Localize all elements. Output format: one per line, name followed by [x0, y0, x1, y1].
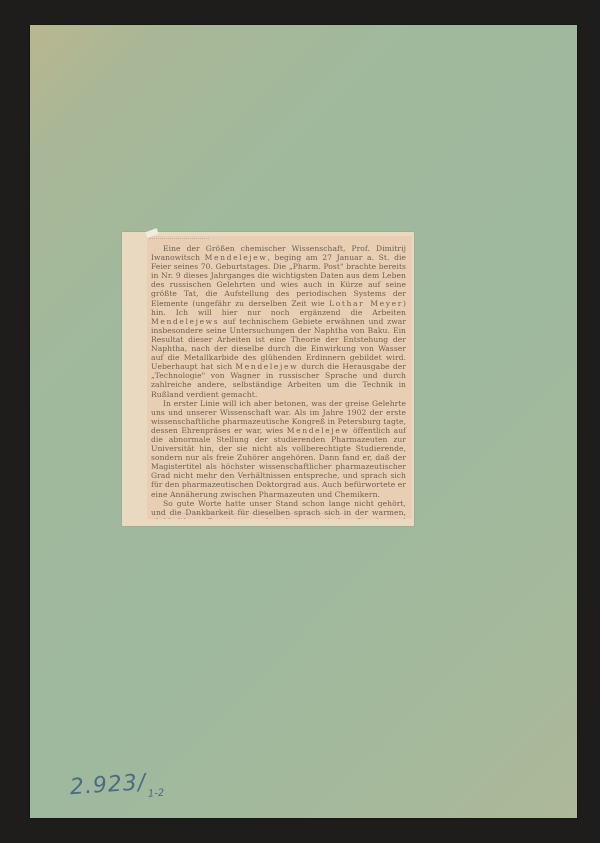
paragraph-1: Eine der Größen chemischer Wissenschaft,…	[151, 244, 406, 399]
cut-off-next-line	[177, 513, 347, 517]
newspaper-clipping: Eine der Größen chemischer Wissenschaft,…	[147, 236, 412, 519]
name-mendelejew: Mendelejew	[235, 362, 298, 371]
name-mendelejews: Mendelejews	[151, 317, 219, 326]
inventory-main: 2.923/	[69, 770, 147, 800]
inventory-sub: 1-2	[148, 788, 165, 800]
name-lothar-meyer: Lothar Meyer	[329, 299, 403, 308]
name-mendelejew: Mendelejew	[205, 253, 268, 262]
name-mendelejew: Mendelejew	[287, 426, 350, 435]
paragraph-2: In erster Linie will ich aber betonen, w…	[151, 399, 406, 499]
article-text: Eine der Größen chemischer Wissenschaft,…	[147, 236, 412, 519]
torn-header-remnant	[149, 238, 209, 240]
